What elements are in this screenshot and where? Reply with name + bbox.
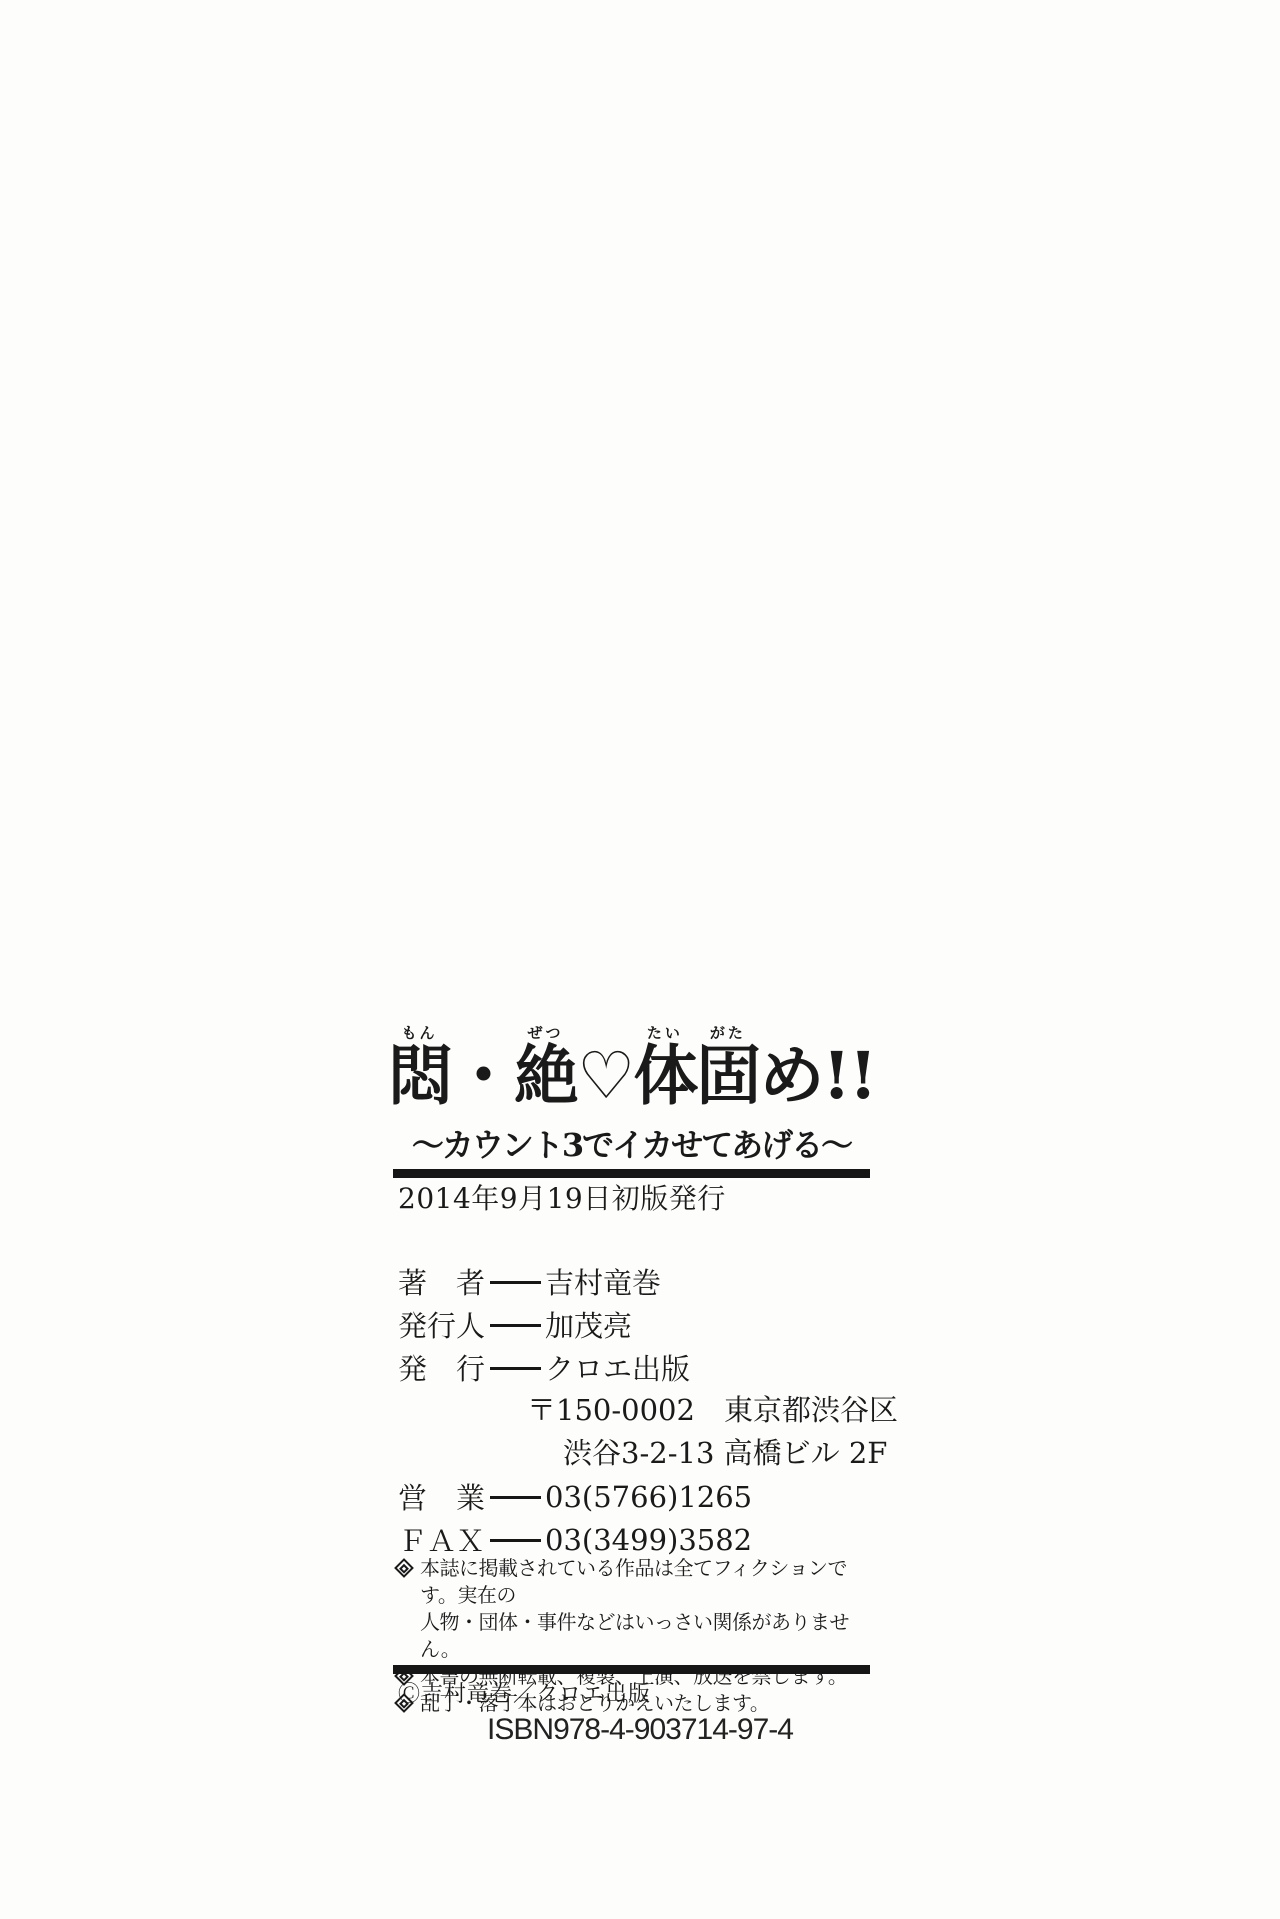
title-segment: 体たい xyxy=(633,1038,696,1114)
publication-credits: 著 者 吉村竜巻 発行人 加茂亮 発 行 クロエ出版 〒150-0002 東京都… xyxy=(398,1260,868,1561)
dash-leader xyxy=(490,1496,541,1499)
publisher-address-line2: 渋谷3-2-13 高橋ビル 2F xyxy=(398,1432,868,1475)
contact-value: 03(5766)1265 xyxy=(545,1480,752,1514)
divider-bar-top xyxy=(393,1169,870,1178)
credit-row-publisher-person: 発行人 加茂亮 xyxy=(398,1303,868,1346)
double-diamond-icon xyxy=(394,1558,414,1578)
credit-value: 加茂亮 xyxy=(545,1304,632,1345)
publisher-address-line1: 〒150-0002 東京都渋谷区 xyxy=(398,1389,868,1432)
credit-row-author: 著 者 吉村竜巻 xyxy=(398,1260,868,1303)
credit-label: 発行人 xyxy=(398,1304,488,1345)
title-char: ・ xyxy=(451,1038,514,1114)
dash-leader xyxy=(490,1281,541,1284)
credit-label: 著 者 xyxy=(398,1261,488,1302)
contact-value: 03(3499)3582 xyxy=(545,1523,752,1557)
book-subtitle: 〜カウント3でイカせてあげる〜 xyxy=(393,1120,870,1166)
notice-fiction-disclaimer: 本誌に掲載されている作品は全てフィクションです。実在の 人物・団体・事件などはい… xyxy=(395,1555,870,1663)
title-char: 固 xyxy=(696,1038,759,1114)
contact-label: 営 業 xyxy=(398,1476,488,1517)
contact-row-sales: 営 業 03(5766)1265 xyxy=(398,1475,868,1518)
colophon-page: 悶もん・絶ぜつ♡体たい固がため!! 〜カウント3でイカせてあげる〜 2014年9… xyxy=(0,0,1280,1919)
credit-value: クロエ出版 xyxy=(545,1347,690,1388)
divider-bar-bottom xyxy=(393,1665,870,1674)
title-furigana: ぜつ xyxy=(514,1024,577,1042)
title-furigana: たい xyxy=(633,1024,696,1042)
colophon-block: 悶もん・絶ぜつ♡体たい固がため!! 〜カウント3でイカせてあげる〜 2014年9… xyxy=(393,1024,870,1724)
title-char: め!! xyxy=(759,1038,875,1114)
isbn-number: ISBN978-4-903714-97-4 xyxy=(0,1712,1280,1748)
title-segment: 悶もん xyxy=(388,1038,451,1114)
copyright-line: Ⓒ吉村竜巻／クロエ出版 xyxy=(398,1681,651,1709)
edition-date: 2014年9月19日初版発行 xyxy=(398,1184,726,1214)
dash-leader xyxy=(490,1367,541,1370)
book-title: 悶もん・絶ぜつ♡体たい固がため!! xyxy=(388,1024,870,1120)
credit-row-publishing-house: 発 行 クロエ出版 xyxy=(398,1346,868,1389)
notice-line: 人物・団体・事件などはいっさい関係がありません。 xyxy=(420,1609,870,1663)
title-segment: 絶ぜつ xyxy=(514,1038,577,1114)
dash-leader xyxy=(490,1324,541,1327)
title-segment: め!! xyxy=(759,1038,875,1114)
heart-icon: ♡ xyxy=(577,1038,633,1114)
credit-label: 発 行 xyxy=(398,1347,488,1388)
title-segment: ♡ xyxy=(577,1038,633,1114)
title-segment: ・ xyxy=(451,1038,514,1114)
contact-label: ＦＡＸ xyxy=(398,1519,488,1560)
notice-text: 本誌に掲載されている作品は全てフィクションです。実在の 人物・団体・事件などはい… xyxy=(420,1555,870,1663)
credit-value: 吉村竜巻 xyxy=(545,1261,661,1302)
title-char: 体 xyxy=(633,1038,696,1114)
title-furigana: がた xyxy=(696,1024,759,1042)
title-furigana: もん xyxy=(388,1024,451,1042)
dash-leader xyxy=(490,1539,541,1542)
title-char: 絶 xyxy=(514,1038,577,1114)
title-segment: 固がた xyxy=(696,1038,759,1114)
notice-line: 本誌に掲載されている作品は全てフィクションです。実在の xyxy=(420,1555,870,1609)
title-char: 悶 xyxy=(388,1038,451,1114)
